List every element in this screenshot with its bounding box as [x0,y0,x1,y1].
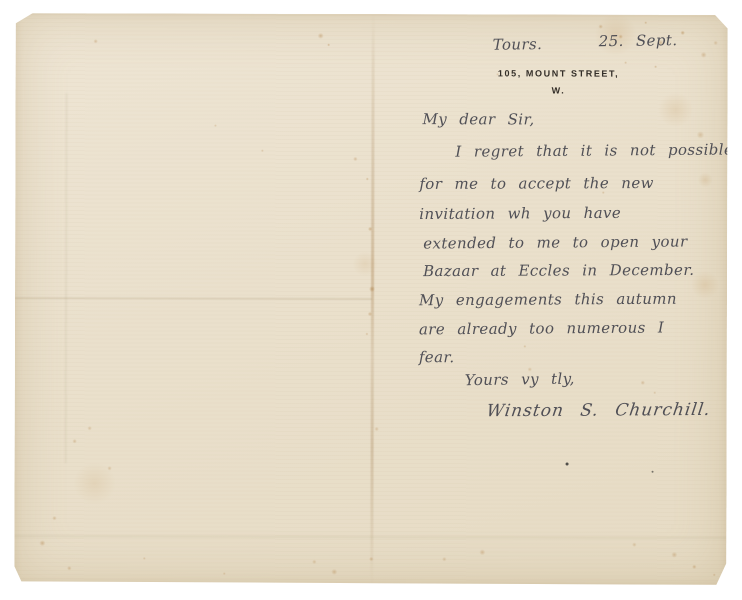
body-line-8: fear. [419,348,455,366]
handwritten-date: 25. Sept. [599,31,678,50]
letterhead-district: W. [474,85,644,95]
letter-photograph: Tours. 25. Sept. 105, MOUNT STREET, W. M… [0,0,742,600]
left-edge-crease [65,93,68,463]
body-line-4: extended to me to open your [423,232,687,252]
paper-speck [652,471,654,473]
closing-line: Yours vy tly, [465,370,575,390]
body-line-2: for me to accept the new [419,174,654,193]
letterhead-address: 105, MOUNT STREET, [474,68,644,78]
body-line-5: Bazaar at Eccles in December. [423,261,694,280]
body-line-6: My engagements this autumn [419,290,677,310]
bottom-fold-crease [14,535,726,539]
body-line-1: I regret that it is not possible [455,140,733,160]
signature: Winston S. Churchill. [485,400,712,421]
salutation-line: My dear Sir, [422,110,534,128]
printed-letterhead: 105, MOUNT STREET, W. [474,68,644,95]
handwritten-place: Tours. [493,35,543,54]
horizontal-fold-crease [15,297,372,300]
vertical-fold-crease [370,14,374,584]
paper-speck [566,463,569,466]
letter-sheet: Tours. 25. Sept. 105, MOUNT STREET, W. M… [14,13,727,585]
body-line-3: invitation wh you have [419,204,621,223]
body-line-7: are already too numerous I [419,318,664,338]
